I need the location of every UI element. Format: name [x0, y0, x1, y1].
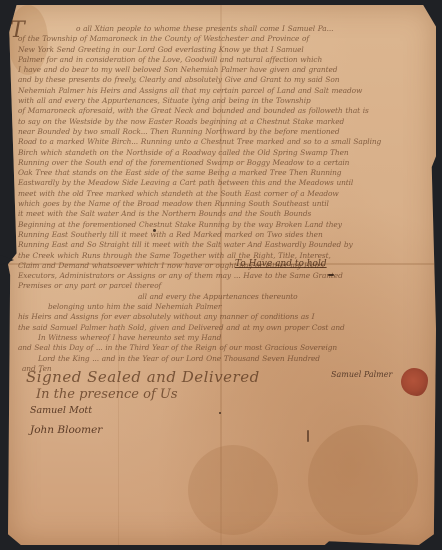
deed-line: Nehemiah Palmer his Heirs and Assigns al… [18, 86, 426, 96]
attestation-line-2: In the presence of Us [26, 387, 260, 402]
deed-line: Executors, Administrators or Assigns or … [18, 271, 426, 281]
attestation-line-1: Signed Sealed and Delivered [26, 368, 260, 386]
deed-line: Premises or any part or parcel thereof [18, 281, 426, 291]
deed-line: belonging unto him the said Nehemiah Pal… [18, 302, 426, 312]
deed-line: all and every the Appurtenances thereunt… [18, 292, 426, 302]
deed-line: o all Xtian people to whome these presen… [18, 24, 426, 34]
deed-line: Claim and Demand whatsoever which I now … [18, 261, 426, 271]
deed-line: Birch which standeth on the Northside of… [18, 148, 426, 158]
deed-line: Palmer for and in consideration of the L… [18, 55, 426, 65]
deed-line: Lord the King ... and in the Year of our… [18, 354, 426, 364]
deed-line: New York Send Greeting in our Lord God e… [18, 45, 426, 55]
deed-line: Running over the South end of the foreme… [18, 158, 426, 168]
grantor-signature: Samuel Palmer [331, 370, 392, 379]
ink-spot [328, 274, 334, 276]
water-stain [188, 445, 278, 535]
ink-spot [153, 229, 156, 232]
wax-seal-icon [401, 368, 428, 396]
deed-line: meet with the old Tree marked which stan… [18, 189, 426, 199]
deed-line: I have and do bear to my well beloved So… [18, 65, 426, 75]
ink-spot [307, 430, 309, 442]
deed-line: of Mamaroneck aforesaid, with the Great … [18, 106, 426, 116]
deed-line: and by these presents do freely, Clearly… [18, 75, 426, 85]
deed-line: In Witness whereof I have hereunto set m… [18, 333, 426, 343]
deed-line: with all and every the Appurtenances, Si… [18, 96, 426, 106]
deed-line: it meet with the Salt water And is the N… [18, 209, 426, 219]
deed-line: near Bounded by two small Rock... Then R… [18, 127, 426, 137]
deed-line: which goes by the Name of the Broad mead… [18, 199, 426, 209]
ink-spot [219, 412, 221, 414]
deed-line: Running East and So Straight till it mee… [18, 240, 426, 250]
deed-body-text: o all Xtian people to whome these presen… [18, 24, 426, 374]
deed-line: Oak Tree that stands on the East side of… [18, 168, 426, 178]
witness-signature: John Bloomer [30, 424, 102, 436]
deed-line: Running East Southerly till it meet with… [18, 230, 426, 240]
deed-line: Beginning at the forementioned Chestnut … [18, 220, 426, 230]
attestation-block: Signed Sealed and Delivered In the prese… [26, 368, 260, 402]
witness-signature: Samuel Mott [30, 405, 92, 416]
deed-line: his Heirs and Assigns for ever absolutel… [18, 312, 426, 322]
deed-line: the Creek which Runs through the Same To… [18, 251, 426, 261]
deed-line: and Seal this Day of ... in the Third Ye… [18, 343, 426, 353]
deed-line: Road to a marked White Birch... Running … [18, 137, 426, 147]
deed-line: of the Township of Mamaroneck in the Cou… [18, 34, 426, 44]
habendum-clause: To Have and to hold [235, 259, 327, 269]
deed-line: to say on the Westside by the now Easter… [18, 117, 426, 127]
deed-line: the said Samuel Palmer hath Sold, given … [18, 323, 426, 333]
water-stain [308, 425, 418, 535]
deed-line: Eastwardly by the Meadow Side Leaving a … [18, 178, 426, 188]
